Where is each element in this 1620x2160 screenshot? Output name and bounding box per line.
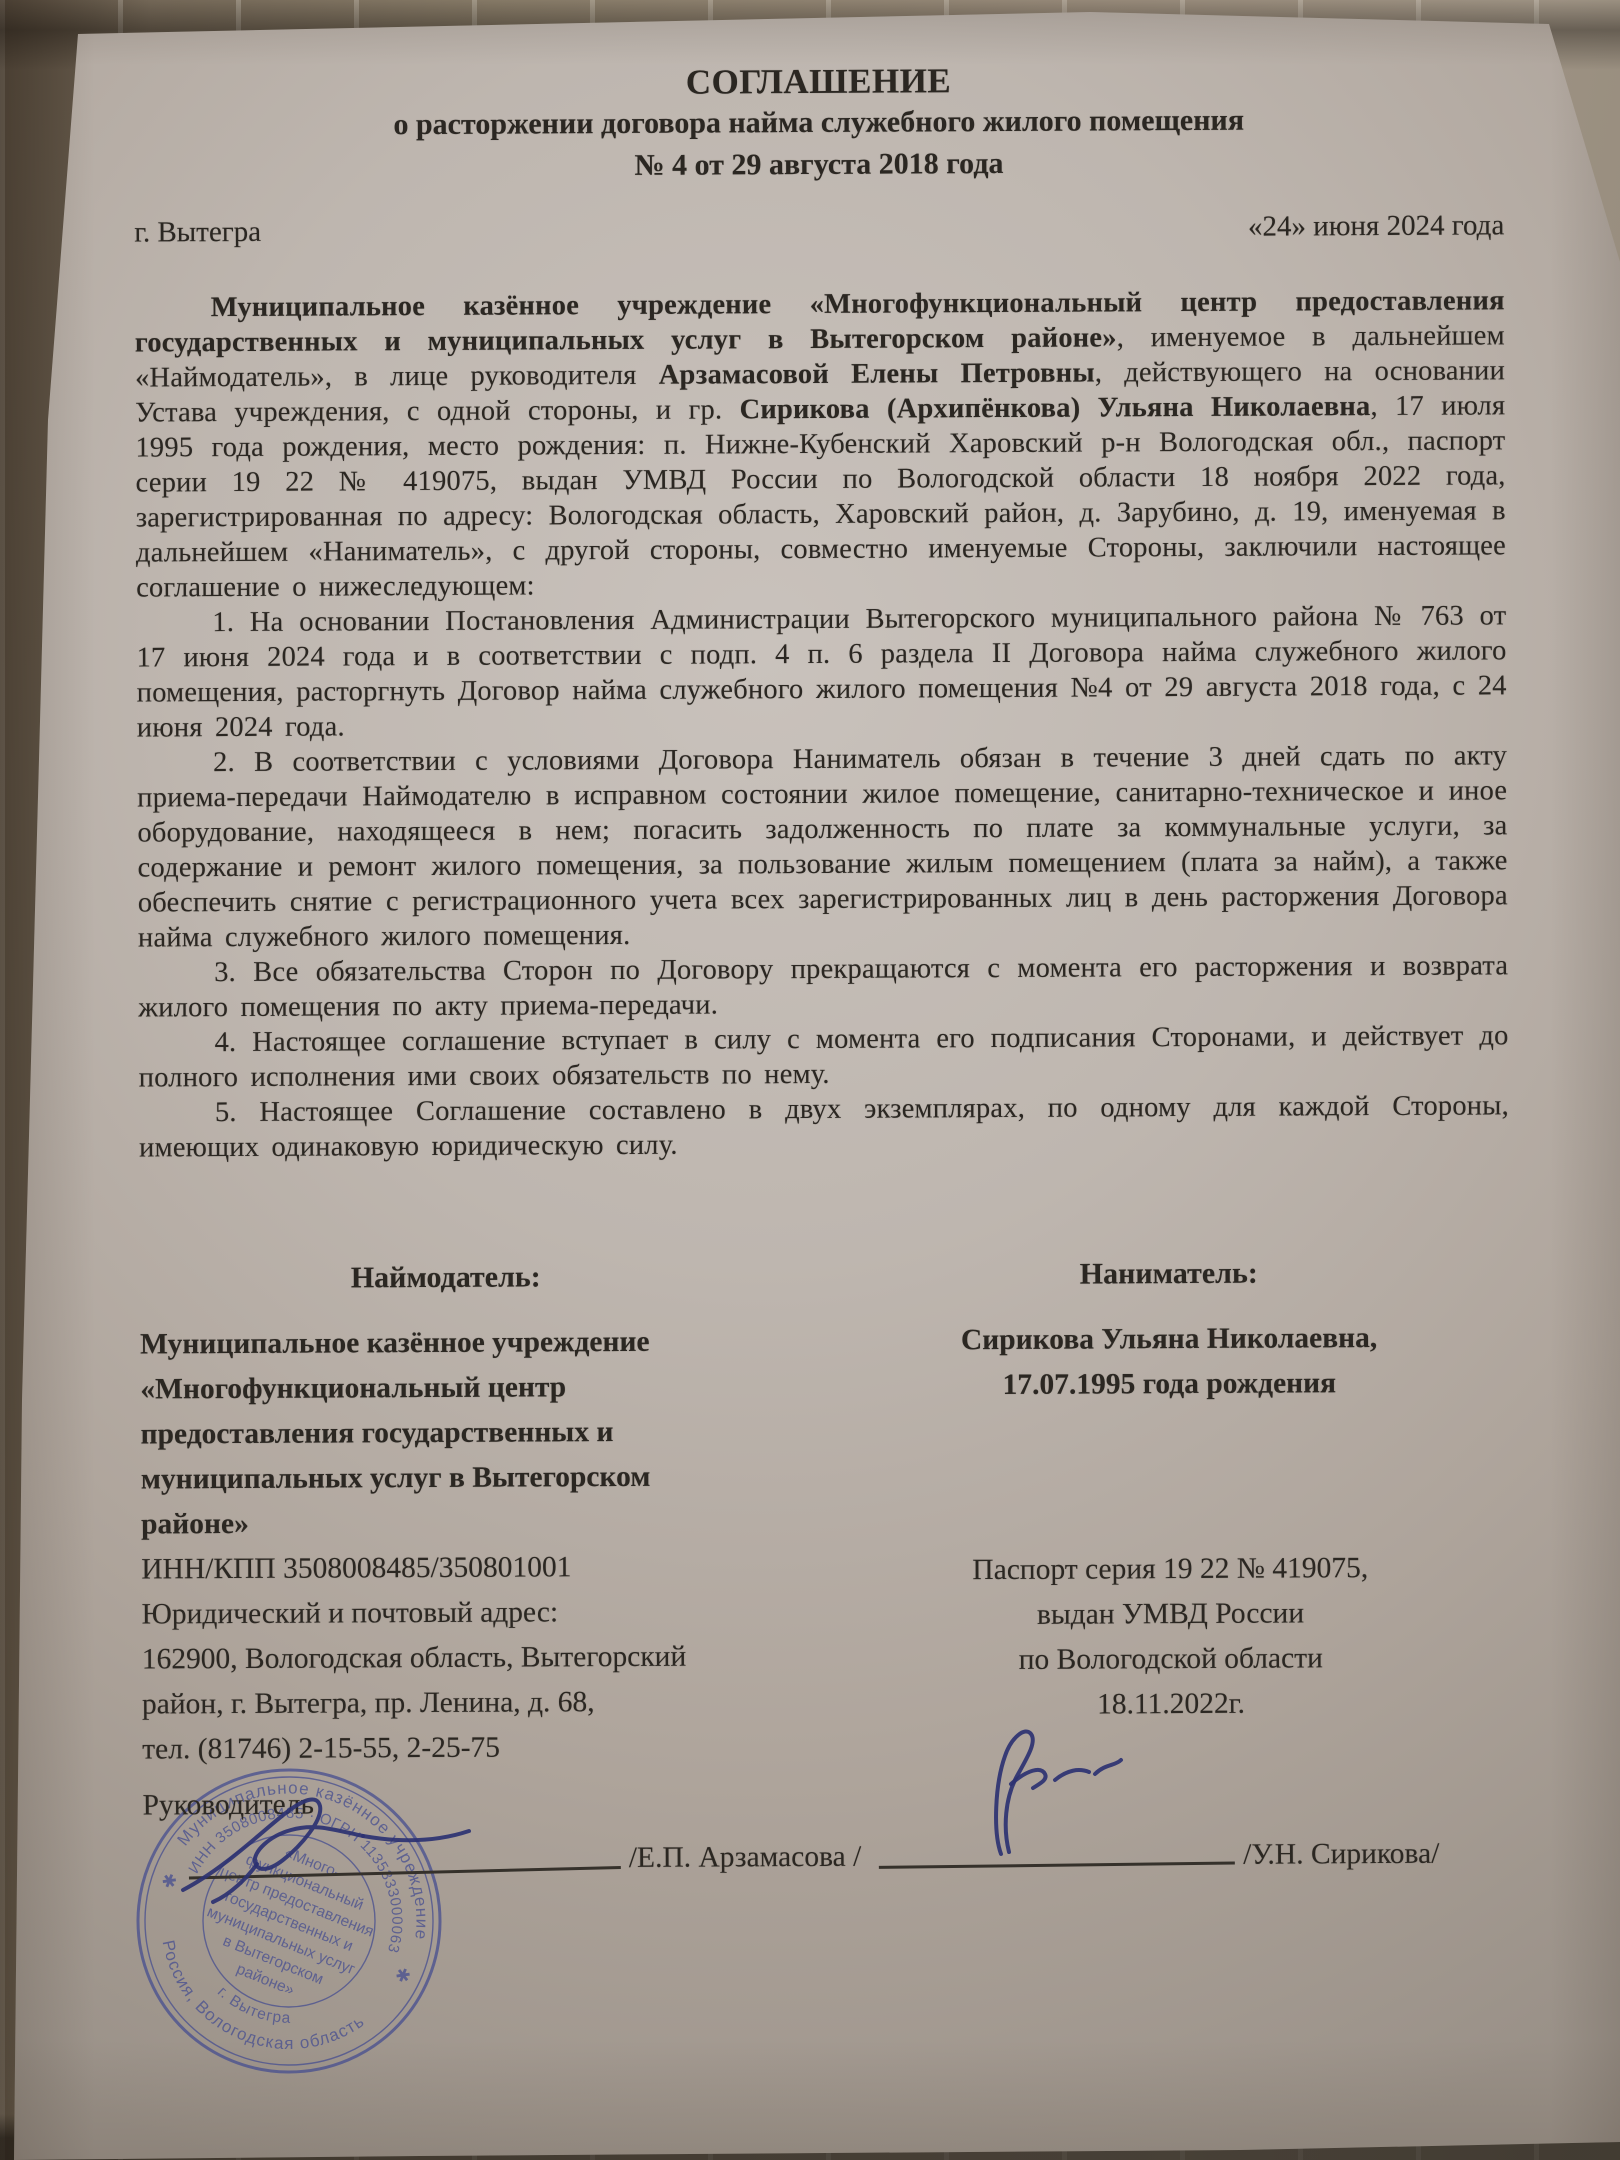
tenant-handwritten-signature: [905, 1722, 1145, 1867]
page-subtitle-line2: № 4 от 29 августа 2018 года: [134, 140, 1504, 189]
document-page: СОГЛАШЕНИЕ о расторжении договора найма …: [0, 0, 1620, 1881]
tenant-birthdate-line: 17.07.1995 года рождения: [884, 1361, 1454, 1409]
document-date: «24» июня 2024 года: [1248, 208, 1504, 244]
landlord-org-line: «Многофункциональный центр: [140, 1364, 752, 1412]
landlord-org-line: Муниципальное казённое учреждение: [140, 1319, 752, 1367]
landlord-address-line: район, г. Вытегра, пр. Ленина, д. 68,: [142, 1679, 754, 1727]
landlord-org-line: предоставления государственных и: [140, 1409, 752, 1457]
tenant-passport-line: Паспорт серия 19 22 № 419075,: [885, 1546, 1455, 1594]
tenant-passport-block: Паспорт серия 19 22 № 419075, выдан УМВД…: [885, 1546, 1456, 1729]
tenant-passport-line: по Вологодской области: [886, 1636, 1456, 1684]
tenant-passport-line: выдан УМВД России: [885, 1591, 1455, 1639]
document-city: г. Вытегра: [134, 215, 261, 251]
landlord-address-line: 162900, Вологодская область, Вытегорский: [142, 1634, 754, 1682]
page-subtitle-line1: о расторжении договора найма служебного …: [134, 98, 1504, 147]
landlord-heading: Наймодатель:: [140, 1258, 752, 1296]
landlord-details-block: ИНН/КПП 3508008485/350801001 Юридический…: [141, 1544, 754, 1772]
clause-4: 4. Настоящее соглашение вступает в силу …: [138, 1018, 1508, 1095]
preamble-paragraph: Муниципальное казённое учреждение «Много…: [135, 283, 1507, 605]
clause-3: 3. Все обязательства Сторон по Договору …: [138, 948, 1508, 1025]
tenant-column: Наниматель: Сирикова Ульяна Николаевна, …: [884, 1255, 1457, 1769]
landlord-column: Наймодатель: Муниципальное казённое учре…: [140, 1258, 755, 1772]
tenant-name-block: Сирикова Ульяна Николаевна, 17.07.1995 г…: [884, 1316, 1454, 1409]
landlord-org-line: районе»: [141, 1499, 753, 1547]
clause-2: 2. В соответствии с условиями Договора Н…: [137, 738, 1508, 955]
city-date-row: г. Вытегра «24» июня 2024 года: [134, 208, 1504, 250]
landlord-phone: тел. (81746) 2-15-55, 2-25-75: [142, 1724, 754, 1772]
landlord-signature-name: /Е.П. Арзамасова /: [621, 1840, 866, 1878]
landlord-handwritten-signature: [165, 1772, 475, 1922]
tenant-name: Сирикова (Архипёнкова) Ульяна Николаевна: [739, 391, 1370, 425]
landlord-org-block: Муниципальное казённое учреждение «Много…: [140, 1319, 753, 1547]
clause-1: 1. На основании Постановления Администра…: [136, 598, 1507, 745]
tenant-signature-name: /У.Н. Сирикова/: [1235, 1837, 1443, 1875]
clause-5: 5. Настоящее Соглашение составлено в дву…: [139, 1088, 1509, 1165]
parties-section: Наймодатель: Муниципальное казённое учре…: [140, 1254, 1513, 1772]
stamp-star-right: ✱: [392, 1964, 413, 1988]
landlord-org-line: муниципальных услуг в Вытегорском: [141, 1454, 753, 1502]
title-block: СОГЛАШЕНИЕ о расторжении договора найма …: [133, 58, 1504, 189]
landlord-address-label: Юридический и почтовый адрес:: [141, 1589, 753, 1637]
tenant-name-line: Сирикова Ульяна Николаевна,: [884, 1316, 1454, 1364]
landlord-inn-kpp: ИНН/КПП 3508008485/350801001: [141, 1544, 753, 1592]
director-name: Арзамасовой Елены Петровны: [659, 358, 1095, 391]
tenant-heading: Наниматель:: [884, 1255, 1454, 1293]
